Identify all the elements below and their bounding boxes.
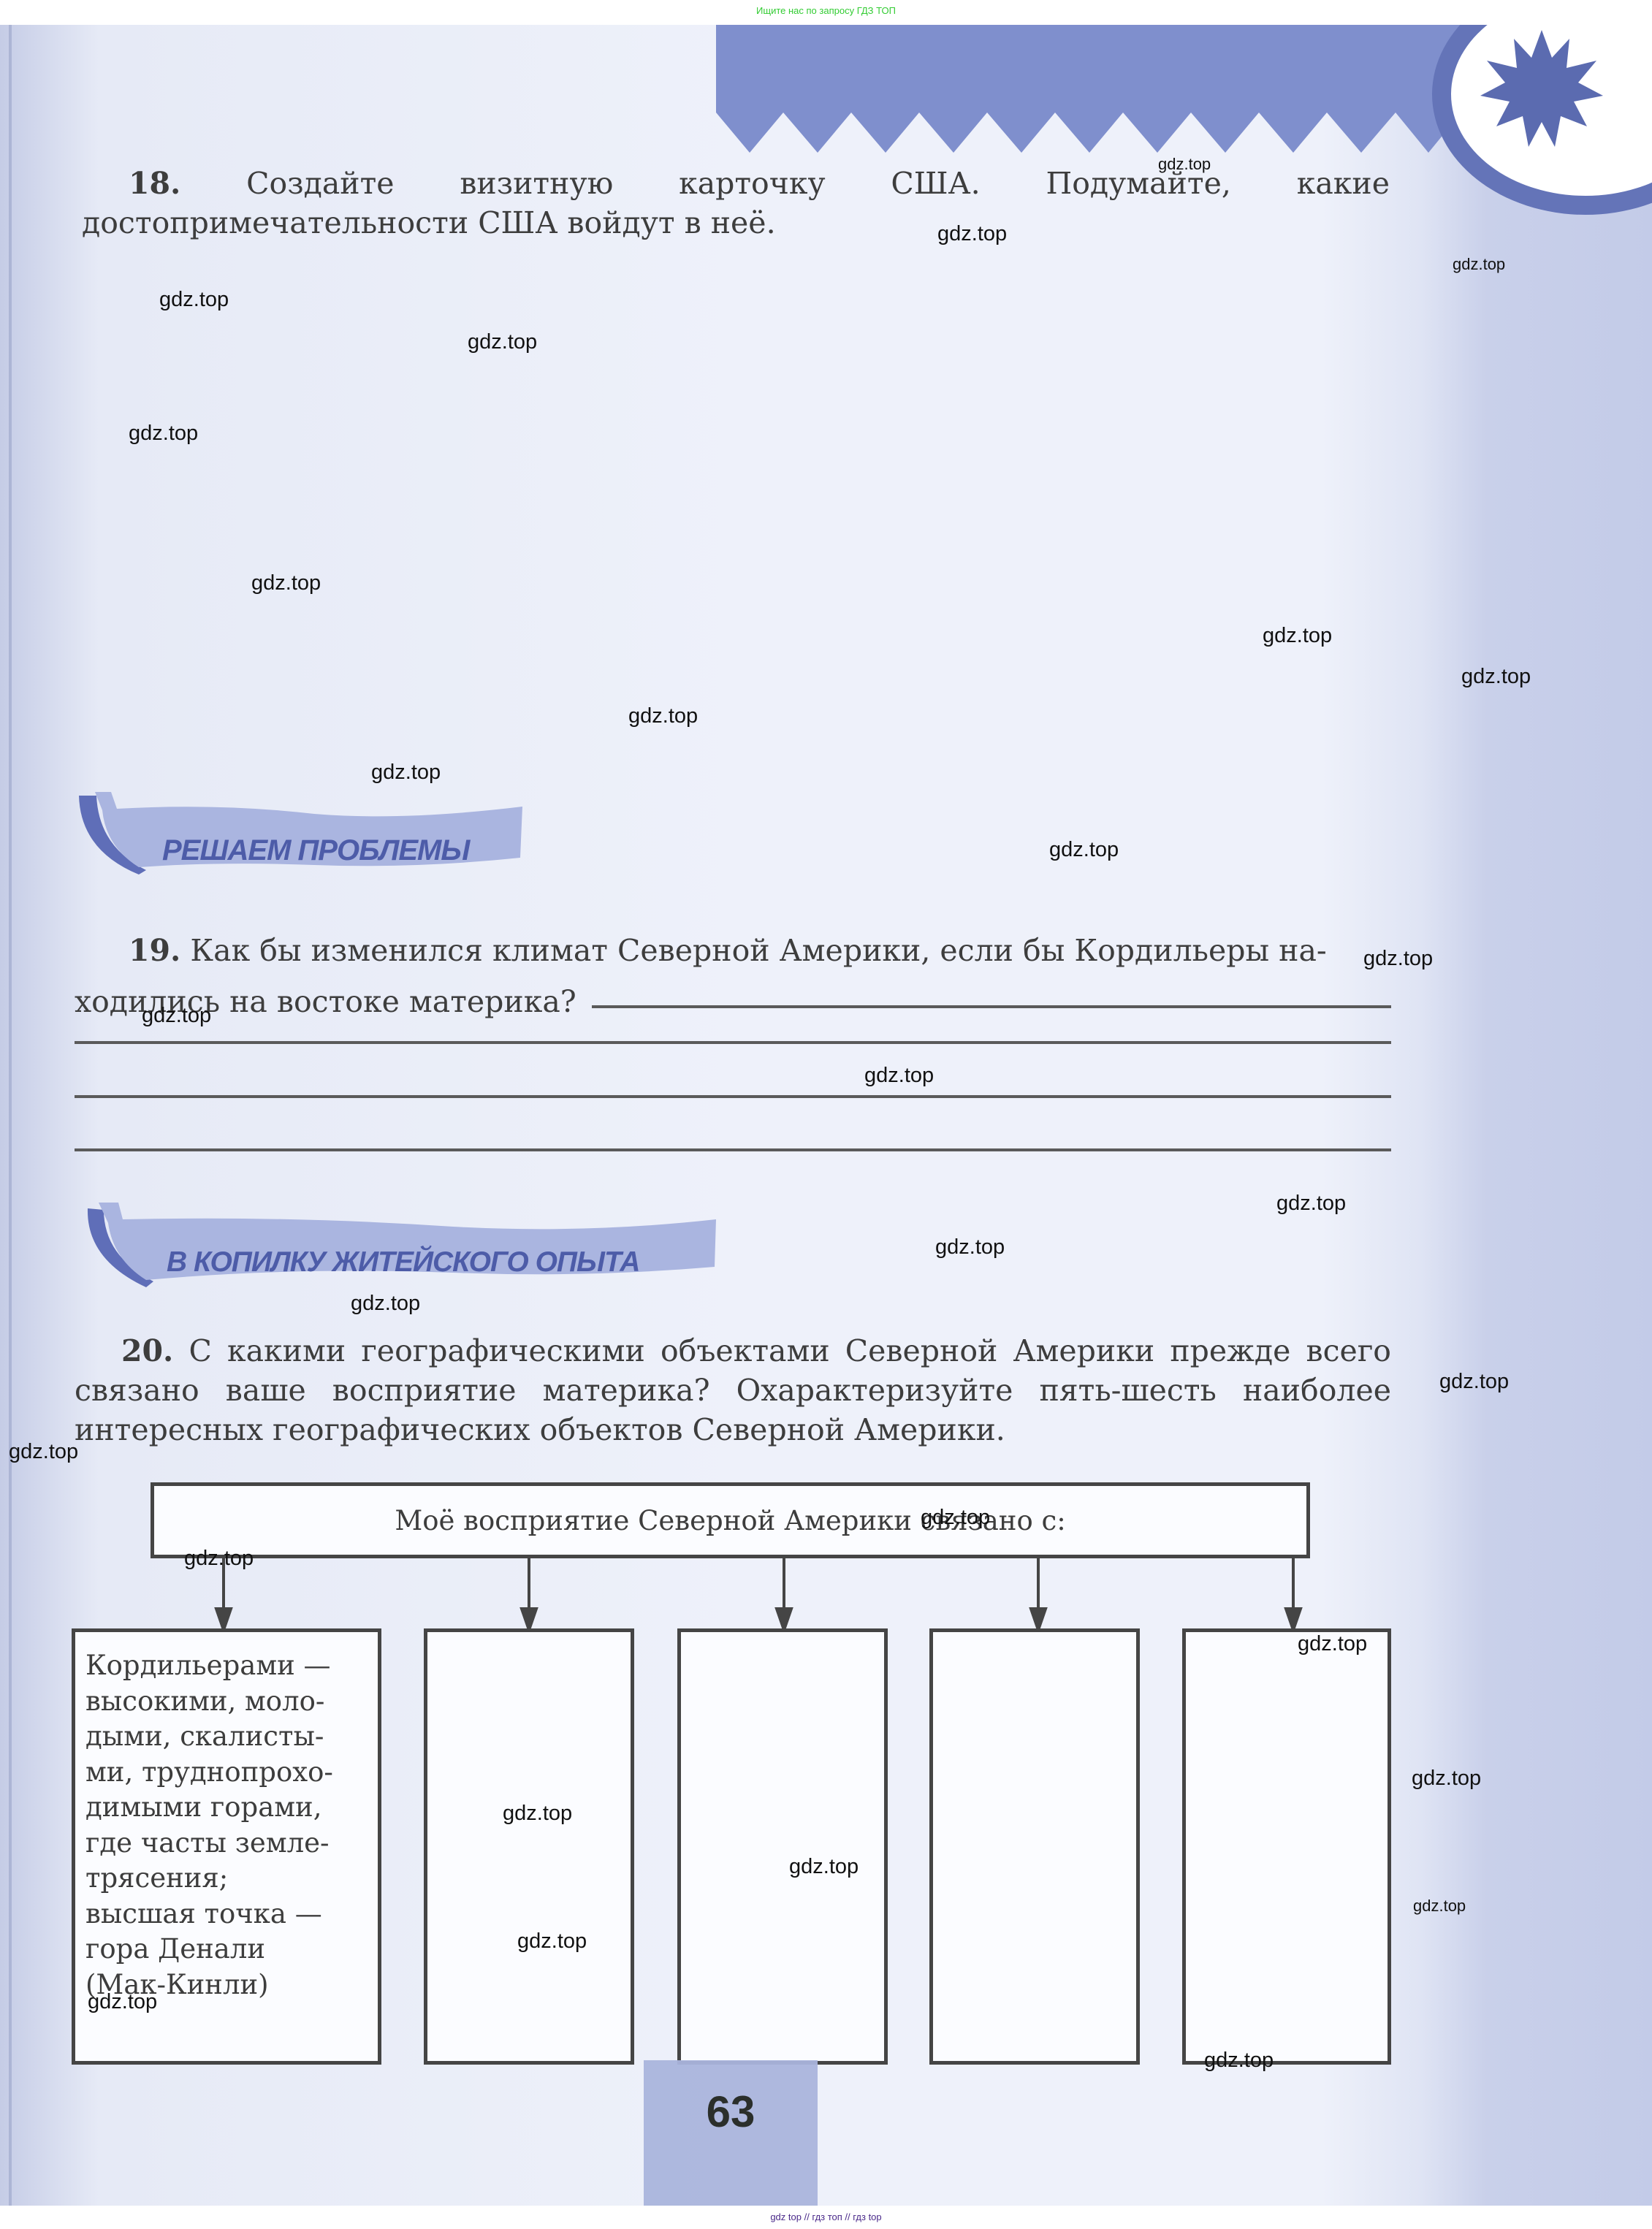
page-spine — [9, 25, 12, 2206]
top-promo-banner: Ищите нас по запросу ГДЗ ТОП — [0, 0, 1652, 23]
flowchart-box-4[interactable] — [929, 1628, 1140, 2065]
watermark: gdz.top — [921, 1506, 990, 1530]
task-20-text: С какими географическими объектами Север… — [75, 1333, 1391, 1447]
watermark: gdz.top — [864, 1064, 934, 1088]
watermark: gdz.top — [1413, 1897, 1466, 1916]
page-number: 63 — [644, 2087, 818, 2137]
task-20: 20. С какими географическими объектами С… — [75, 1331, 1391, 1449]
watermark: gdz.top — [1276, 1192, 1346, 1216]
flowchart-box-2-text — [427, 1632, 631, 1648]
bottom-promo-banner: gdz top // гдз топ // гдз top — [0, 2206, 1652, 2229]
task-19-line1: 19. Как бы изменился климат Северной Аме… — [82, 931, 1390, 970]
task-18-text: Создайте визитную карточку США. Подумайт… — [82, 166, 1390, 240]
watermark: gdz.top — [1412, 1767, 1481, 1791]
flowchart-box-4-text — [933, 1632, 1136, 1648]
flowchart-box-3[interactable] — [677, 1628, 888, 2065]
flowchart-box-1-text: Кордильерами — высокими, моло- дыми, ска… — [75, 1632, 378, 2003]
watermark: gdz.top — [935, 1235, 1005, 1260]
watermark: gdz.top — [1439, 1370, 1509, 1394]
task-20-number: 20. — [121, 1333, 173, 1368]
flowchart-box-3-text — [681, 1632, 884, 1648]
workbook-page: 18. Создайте визитную карточку США. Поду… — [0, 25, 1652, 2206]
watermark: gdz.top — [9, 1440, 78, 1464]
watermark: gdz.top — [1263, 624, 1332, 648]
flowchart-box-2[interactable] — [424, 1628, 634, 2065]
flowchart-title-box: Моё восприятие Северной Америки связано … — [151, 1482, 1310, 1558]
answer-line-1[interactable] — [592, 1005, 1391, 1008]
watermark: gdz.top — [159, 288, 229, 312]
watermark: gdz.top — [1049, 838, 1119, 862]
watermark: gdz.top — [129, 422, 198, 446]
watermark: gdz.top — [1204, 2049, 1274, 2073]
task-18: 18. Создайте визитную карточку США. Поду… — [82, 164, 1390, 243]
watermark: gdz.top — [1453, 255, 1505, 274]
task-18-number: 18. — [129, 166, 180, 201]
watermark: gdz.top — [937, 222, 1007, 246]
watermark: gdz.top — [1461, 665, 1531, 689]
flowchart-box-5[interactable] — [1182, 1628, 1391, 2065]
watermark: gdz.top — [503, 1802, 572, 1826]
section-title-experience: В КОПИЛКУ ЖИТЕЙСКОГО ОПЫТА — [167, 1246, 639, 1279]
header-zigzag-banner — [716, 25, 1476, 153]
watermark: gdz.top — [1363, 947, 1433, 971]
watermark: gdz.top — [1298, 1632, 1367, 1656]
watermark: gdz.top — [351, 1292, 420, 1316]
watermark: gdz.top — [251, 571, 321, 595]
star-icon — [1469, 26, 1615, 150]
answer-line-3[interactable] — [75, 1095, 1391, 1098]
watermark: gdz.top — [142, 1004, 211, 1028]
watermark: gdz.top — [88, 1990, 157, 2014]
watermark: gdz.top — [468, 330, 537, 354]
watermark: gdz.top — [628, 704, 698, 728]
task-19-number: 19. — [129, 933, 180, 968]
watermark: gdz.top — [789, 1855, 859, 1879]
watermark: gdz.top — [517, 1929, 587, 1954]
answer-line-2[interactable] — [75, 1041, 1391, 1044]
watermark: gdz.top — [184, 1547, 254, 1571]
task-19-text-line1: Как бы изменился климат Северной Америки… — [190, 933, 1326, 968]
watermark: gdz.top — [371, 761, 441, 785]
watermark: gdz.top — [1158, 155, 1211, 174]
section-title-problems: РЕШАЕМ ПРОБЛЕМЫ — [162, 834, 469, 867]
answer-line-4[interactable] — [75, 1148, 1391, 1151]
